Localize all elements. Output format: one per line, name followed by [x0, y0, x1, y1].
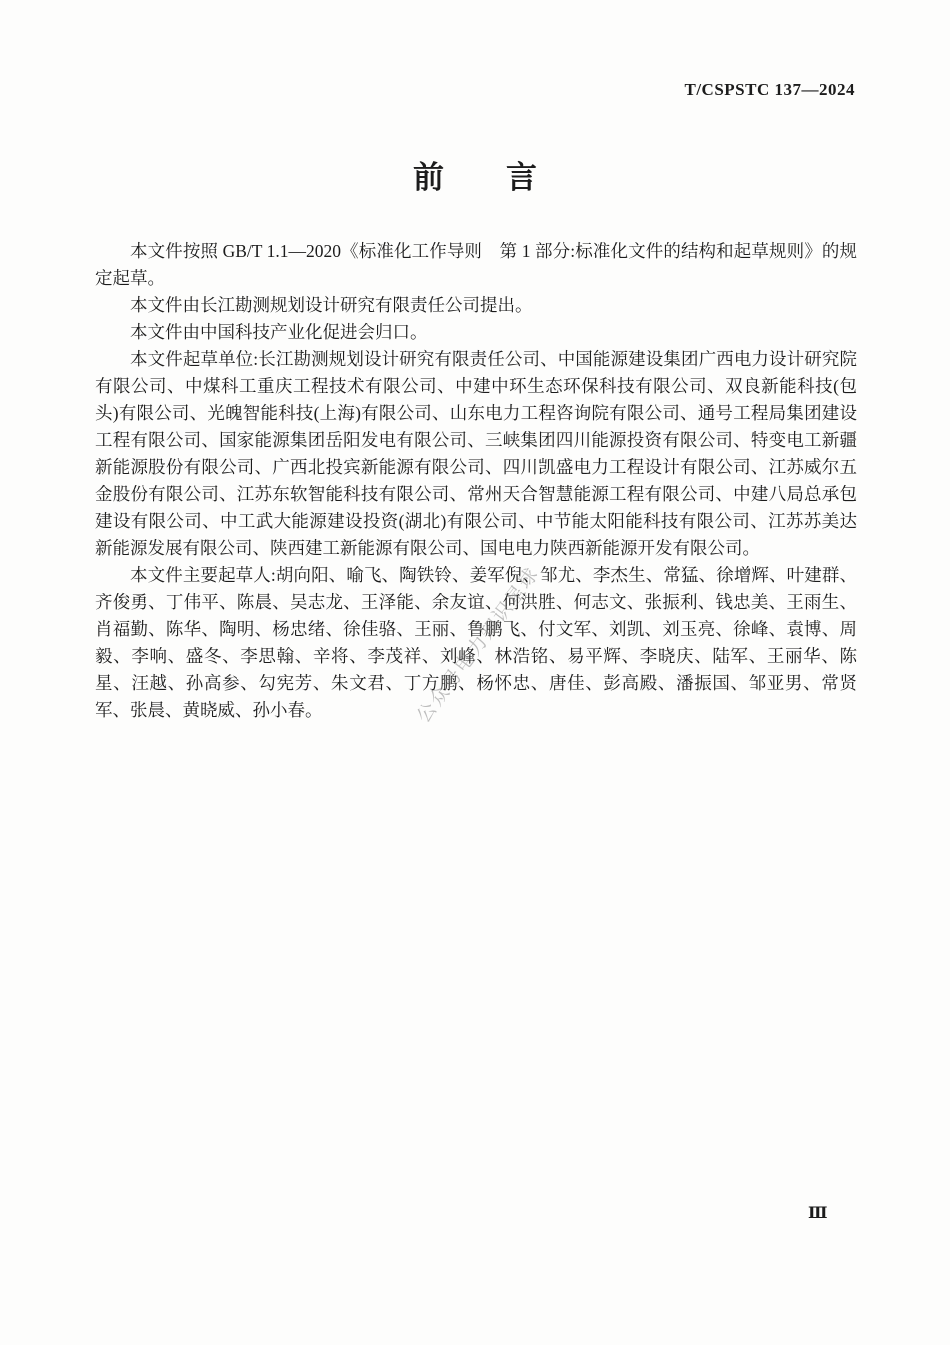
paragraph-centralized-by: 本文件由中国科技产业化促进会归口。 [95, 319, 857, 346]
document-code: T/CSPSTC 137—2024 [685, 80, 856, 100]
paragraph-proposed-by: 本文件由长江勘测规划设计研究有限责任公司提出。 [95, 292, 857, 319]
foreword-body: 本文件按照 GB/T 1.1—2020《标准化工作导则 第 1 部分:标准化文件… [95, 238, 857, 724]
paragraph-drafting-basis: 本文件按照 GB/T 1.1—2020《标准化工作导则 第 1 部分:标准化文件… [95, 238, 857, 292]
document-page: T/CSPSTC 137—2024 前 言 本文件按照 GB/T 1.1—202… [0, 0, 950, 1345]
paragraph-drafting-units: 本文件起草单位:长江勘测规划设计研究有限责任公司、中国能源建设集团广西电力设计研… [95, 346, 857, 562]
foreword-title: 前 言 [0, 152, 950, 197]
page-number: Ⅲ [808, 1203, 827, 1223]
paragraph-main-drafters: 本文件主要起草人:胡向阳、喻飞、陶铁铃、姜军倪、邹尤、李杰生、常猛、徐增辉、叶建… [95, 562, 857, 724]
